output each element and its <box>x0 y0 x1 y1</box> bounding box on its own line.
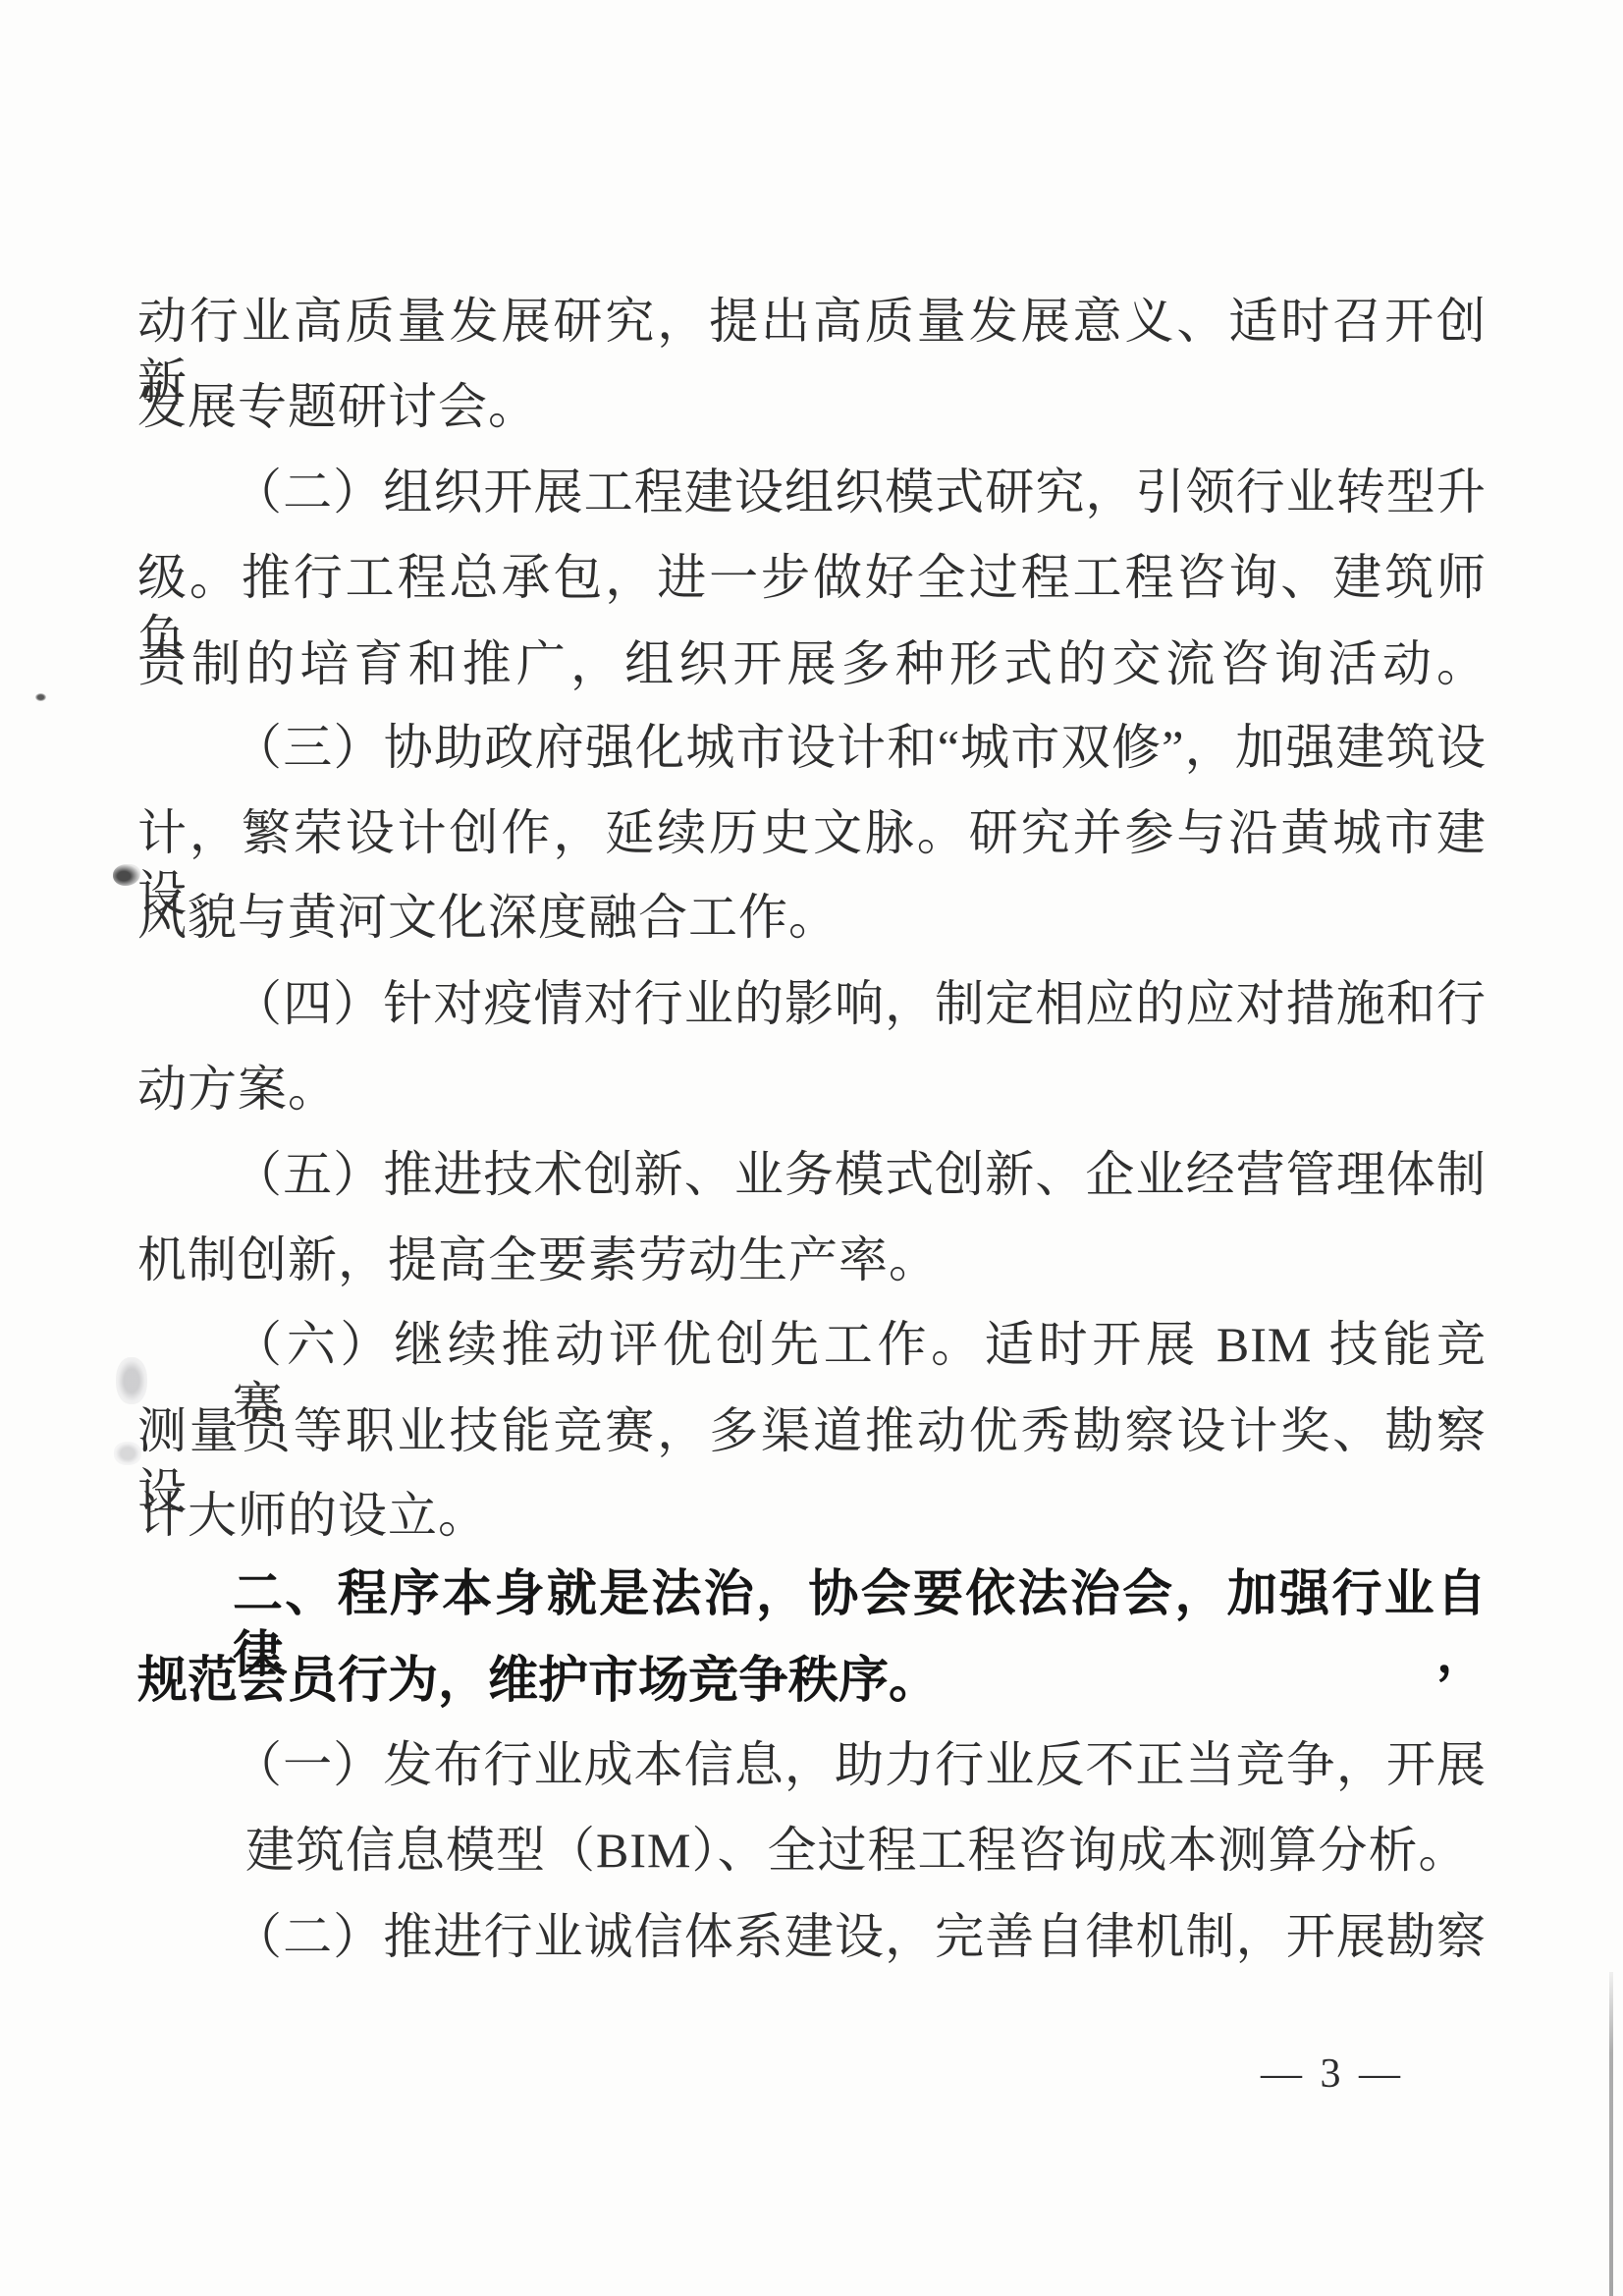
text-line: 风貌与黄河文化深度融合工作。 <box>137 887 1487 948</box>
text-line: 机制创新，提高全要素劳动生产率。 <box>137 1230 1487 1290</box>
faint-smudge <box>116 1357 147 1404</box>
text-line: 责制的培育和推广，组织开展多种形式的交流咨询活动。 <box>137 633 1487 694</box>
text-line: 建筑信息模型（BIM）、全过程工程咨询成本测算分析。 <box>137 1820 1487 1881</box>
text-line: （三）协助政府强化城市设计和“城市双修”，加强建筑设 <box>137 717 1487 778</box>
text-line: 动方案。 <box>137 1059 1487 1120</box>
text-line: 发展专题研讨会。 <box>137 376 1487 437</box>
ink-speck <box>35 693 46 701</box>
text-line: （四）针对疫情对行业的影响，制定相应的应对措施和行 <box>137 973 1487 1034</box>
text-line: 计大师的设立。 <box>137 1485 1487 1546</box>
text-line: （二）组织开展工程建设组织模式研究，引领行业转型升 <box>137 462 1487 522</box>
page-number: — 3 — <box>1249 2050 1416 2098</box>
ink-smudge <box>113 864 140 886</box>
document-page: 动行业高质量发展研究，提出高质量发展意义、适时召开创新 发展专题研讨会。 （二）… <box>0 0 1623 2296</box>
text-line: （五）推进技术创新、业务模式创新、企业经营管理体制 <box>137 1144 1487 1205</box>
scan-edge-artifact <box>1609 1972 1613 2296</box>
text-line: （二）推进行业诚信体系建设，完善自律机制，开展勘察 <box>137 1906 1487 1967</box>
section-heading-line: 规范会员行为，维护市场竞争秩序。 <box>137 1650 1487 1711</box>
faint-smudge <box>114 1442 141 1465</box>
text-line: （一）发布行业成本信息，助力行业反不正当竞争，开展 <box>137 1734 1487 1795</box>
